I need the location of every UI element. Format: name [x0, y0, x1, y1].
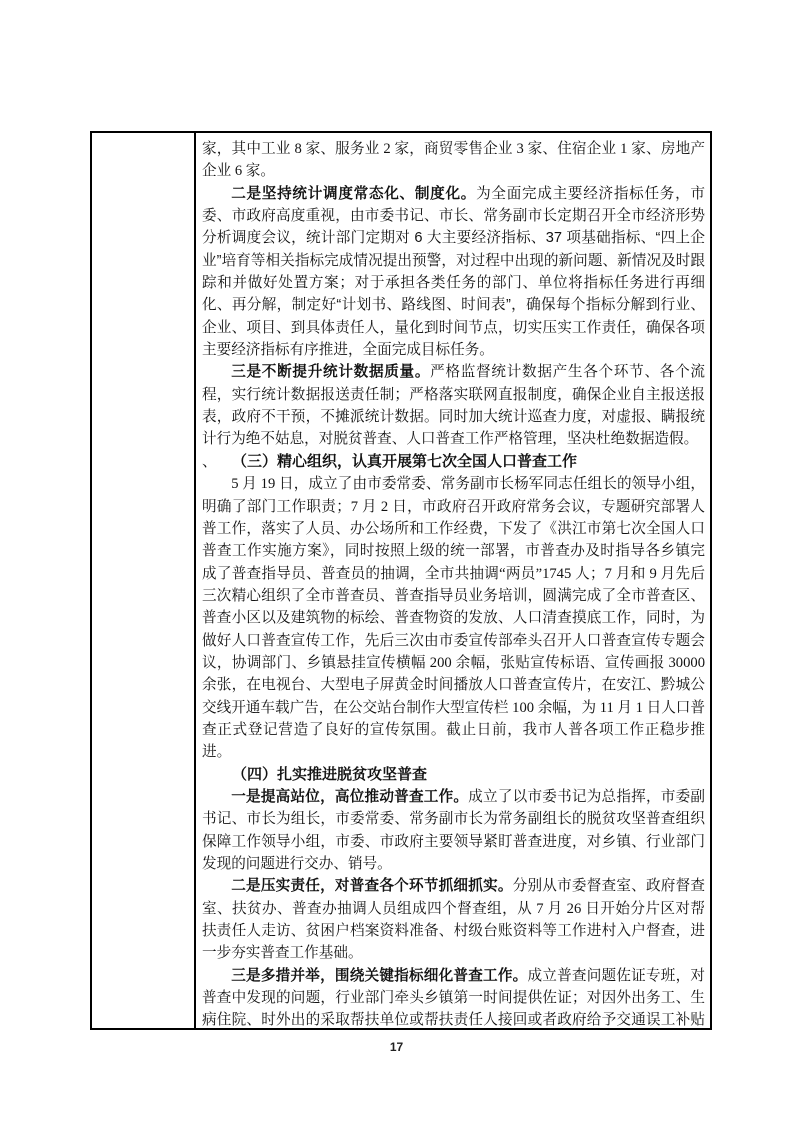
page-number: 17: [0, 1040, 793, 1054]
heading-section-three: 、（三）精心组织，认真开展第七次全国人口普查工作: [202, 451, 705, 473]
paragraph-poverty-leadership: 一是提高站位，高位推动普查工作。成立了以市委书记为总指挥，市委副书记、市长为组长…: [202, 786, 705, 875]
content-table: 家，其中工业 8 家、服务业 2 家，商贸零售企业 3 家、住宿企业 1 家、房…: [90, 131, 712, 1030]
table-text-column: 家，其中工业 8 家、服务业 2 家，商贸零售企业 3 家、住宿企业 1 家、房…: [196, 133, 710, 1028]
paragraph-body: 为全面完成主要经济指标任务，市委、市政府高度重视，由市委书记、市长、常务副市长定…: [202, 186, 705, 358]
stray-punctuation-marker: 、: [202, 451, 217, 473]
paragraph-census-organization: 5 月 19 日，成立了由市委常委、常务副市长杨军同志任组长的领导小组，明确了部…: [202, 473, 705, 763]
paragraph-scheduling: 二是坚持统计调度常态化、制度化。为全面完成主要经济指标任务，市委、市政府高度重视…: [202, 183, 705, 362]
paragraph-supervision-groups: 二是压实责任，对普查各个环节抓细抓实。分别从市委督查室、政府督查室、扶贫办、普查…: [202, 875, 705, 964]
paragraph-lead: 二是坚持统计调度常态化、制度化。: [231, 186, 476, 202]
paragraph-enterprise-counts: 家，其中工业 8 家、服务业 2 家，商贸零售企业 3 家、住宿企业 1 家、房…: [202, 138, 705, 183]
heading-section-four: （四）扎实推进脱贫攻坚普查: [202, 764, 705, 786]
paragraph-data-quality: 三是不断提升统计数据质量。严格监督统计数据产生各个环节、各个流程，实行统计数据报…: [202, 361, 705, 450]
paragraph-lead: 一是提高站位，高位推动普查工作。: [231, 789, 468, 805]
paragraph-key-indicators: 三是多措并举，围绕关键指标细化普查工作。成立普查问题佐证专班，对普查中发现的问题…: [202, 965, 705, 1028]
table-left-column: [92, 133, 196, 1028]
paragraph-lead: 二是压实责任，对普查各个环节抓细抓实。: [231, 878, 512, 894]
heading-text: （三）精心组织，认真开展第七次全国人口普查工作: [232, 453, 577, 470]
paragraph-lead: 三是多措并举，围绕关键指标细化普查工作。: [231, 968, 527, 984]
paragraph-lead: 三是不断提升统计数据质量。: [231, 364, 430, 380]
